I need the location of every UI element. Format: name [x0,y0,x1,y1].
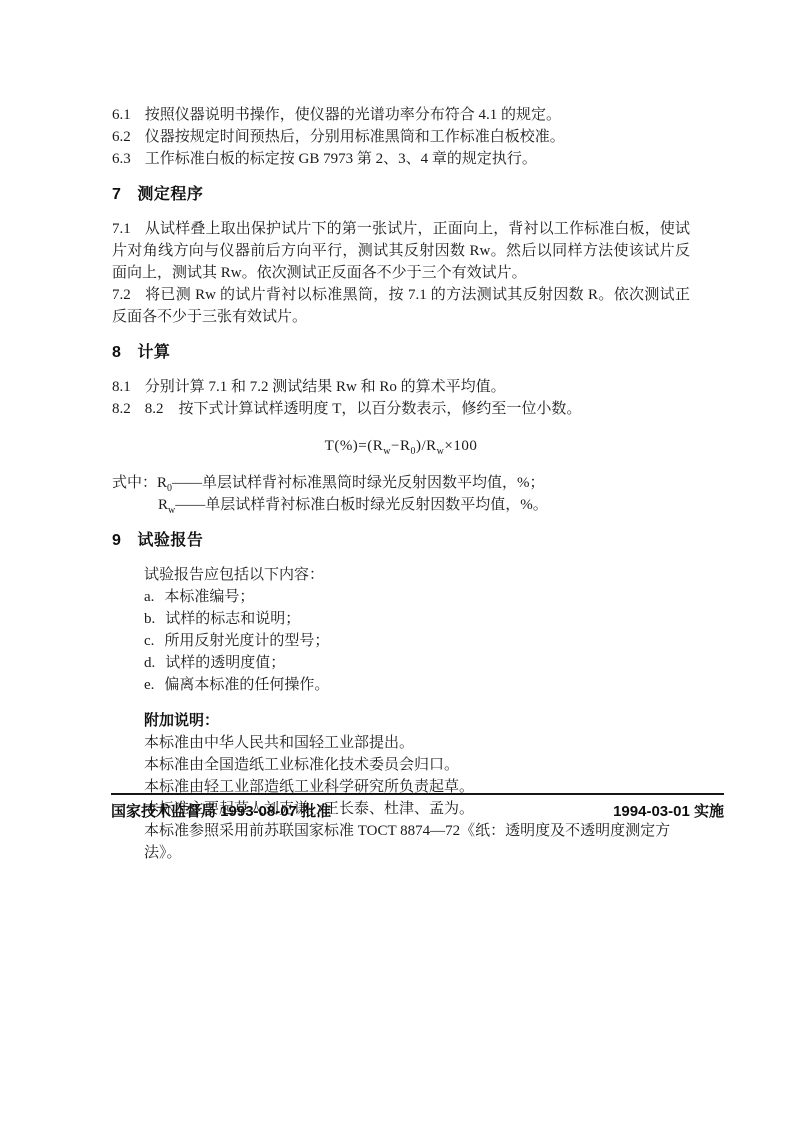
section-title: 试验报告 [137,532,203,549]
item-text: 所用反射光度计的型号； [164,633,329,649]
item-letter: e. [144,677,154,693]
clause-number: 8.2 [112,401,131,417]
symbol: R0 [157,475,172,491]
section-number: 7 [112,186,121,203]
clause-number: 8.1 [112,379,131,395]
clause-text: 将已测 Rw 的试片背衬以标准黑筒，按 7.1 的方法测试其反射因数 R。依次测… [112,287,690,325]
clause-6-1: 6.1按照仪器说明书操作，使仪器的光谱功率分布符合 4.1 的规定。 [112,104,690,126]
implementation-date: 1994-03-01 实施 [613,800,724,821]
clause-text: 仪器按规定时间预热后，分别用标准黑筒和工作标准白板校准。 [145,129,565,145]
section-number: 9 [112,532,121,549]
formula-part: T(%)=(R [325,438,384,454]
formula-part: −R [391,438,410,454]
clause-text: 8.2 按下式计算试样透明度 T，以百分数表示，修约至一位小数。 [145,401,582,417]
clause-8-2: 8.28.2 按下式计算试样透明度 T，以百分数表示，修约至一位小数。 [112,398,690,420]
document-body: 6.1按照仪器说明书操作，使仪器的光谱功率分布符合 4.1 的规定。 6.2仪器… [112,104,690,864]
approval-footer: 国家技术监督局 1993-08-07 批准 1994-03-01 实施 [111,793,724,821]
section-8-heading: 8计算 [112,341,690,365]
symbol: Rw [158,497,175,513]
clause-text: 工作标准白板的标定按 GB 7973 第 2、3、4 章的规定执行。 [145,151,537,167]
formula-part: ×100 [444,438,477,454]
clause-7-2: 7.2将已测 Rw 的试片背衬以标准黑筒，按 7.1 的方法测试其反射因数 R。… [112,284,690,328]
approval-authority-date: 国家技术监督局 1993-08-07 批准 [111,800,331,821]
report-item-e: e.偏离本标准的任何操作。 [144,674,690,696]
formula-subscript: w [383,446,391,457]
clause-text: 从试样叠上取出保护试片下的第一张试片，正面向上，背衬以工作标准白板，使试片对角线… [112,221,690,281]
section-7-heading: 7测定程序 [112,183,690,207]
clause-8-1: 8.1分别计算 7.1 和 7.2 测试结果 Rw 和 Ro 的算术平均值。 [112,376,690,398]
appendix-line: 本标准由中华人民共和国轻工业部提出。 [144,732,690,754]
clause-number: 6.3 [112,151,131,167]
section-title: 计算 [137,344,170,361]
report-item-a: a.本标准编号； [144,586,690,608]
appendix-line: 本标准由全国造纸工业标准化技术委员会归口。 [144,754,690,776]
standard-document-page: 6.1按照仪器说明书操作，使仪器的光谱功率分布符合 4.1 的规定。 6.2仪器… [0,0,793,1122]
item-letter: b. [144,611,155,627]
item-text: 偏离本标准的任何操作。 [164,677,329,693]
section-title: 测定程序 [137,186,203,203]
report-item-d: d.试样的透明度值； [144,652,690,674]
clause-6-2: 6.2仪器按规定时间预热后，分别用标准黑筒和工作标准白板校准。 [112,126,690,148]
formula-part: )/R [416,438,437,454]
clause-text: 分别计算 7.1 和 7.2 测试结果 Rw 和 Ro 的算术平均值。 [145,379,506,395]
legend-text: ——单层试样背衬标准白板时绿光反射因数平均值，%。 [175,497,548,513]
section-number: 8 [112,344,121,361]
clause-number: 6.1 [112,107,131,123]
clause-7-1: 7.1从试样叠上取出保护试片下的第一张试片，正面向上，背衬以工作标准白板，使试片… [112,218,690,284]
clause-number: 7.1 [112,221,131,237]
item-text: 试样的透明度值； [165,655,285,671]
item-text: 试样的标志和说明； [165,611,300,627]
appendix-title: 附加说明： [144,710,690,732]
clause-number: 7.2 [112,287,131,303]
report-item-b: b.试样的标志和说明； [144,608,690,630]
section-9-heading: 9试验报告 [112,529,690,553]
legend-row-r0: 式中：R0——单层试样背衬标准黑筒时绿光反射因数平均值，%； [112,472,690,494]
legend-text: ——单层试样背衬标准黑筒时绿光反射因数平均值，%； [172,475,545,491]
appendix-line: 本标准参照采用前苏联国家标准 TOCT 8874—72《纸：透明度及不透明度测定… [144,820,690,864]
clause-number: 6.2 [112,129,131,145]
report-intro: 试验报告应包括以下内容： [144,564,690,586]
item-letter: a. [144,589,154,605]
clause-6-3: 6.3工作标准白板的标定按 GB 7973 第 2、3、4 章的规定执行。 [112,148,690,170]
item-letter: d. [144,655,155,671]
formula-legend: 式中：R0——单层试样背衬标准黑筒时绿光反射因数平均值，%； Rw——单层试样背… [112,472,690,516]
item-letter: c. [144,633,154,649]
legend-prefix: 式中： [112,475,157,491]
item-text: 本标准编号； [164,589,254,605]
transparency-formula: T(%)=(Rw−R0)/Rw×100 [112,435,690,457]
report-item-c: c.所用反射光度计的型号； [144,630,690,652]
legend-row-rw: Rw——单层试样背衬标准白板时绿光反射因数平均值，%。 [112,494,690,516]
clause-text: 按照仪器说明书操作，使仪器的光谱功率分布符合 4.1 的规定。 [145,107,561,123]
